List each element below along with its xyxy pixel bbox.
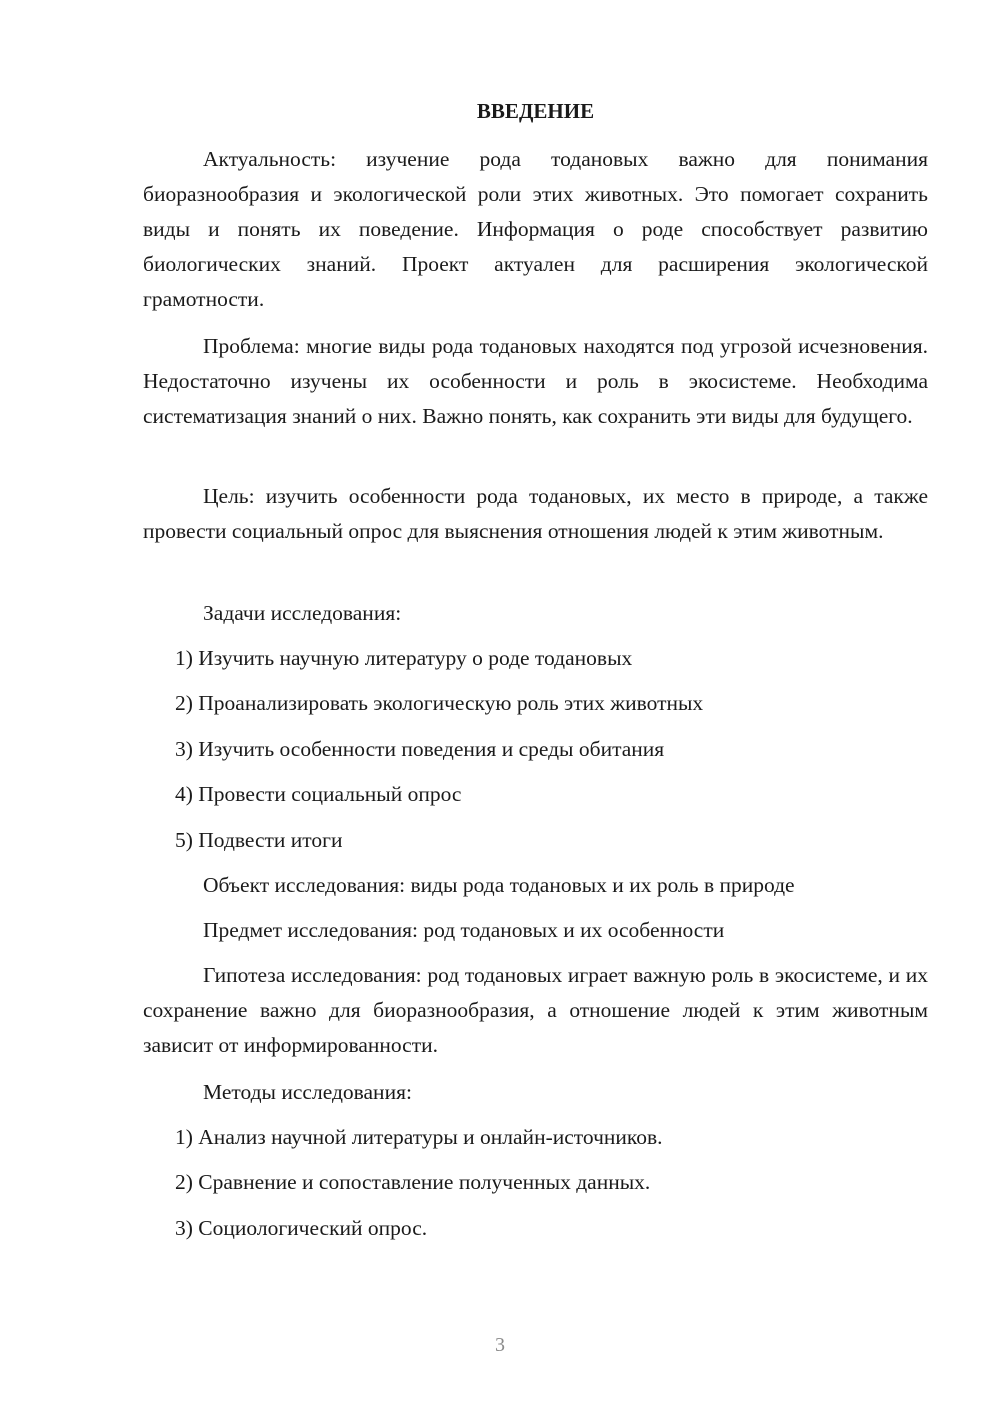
- paragraph-hypothesis: Гипотеза исследования: род тодановых игр…: [143, 958, 928, 1063]
- section-title: ВВЕДЕНИЕ: [143, 96, 928, 126]
- paragraph-goal: Цель: изучить особенности рода тодановых…: [143, 479, 928, 549]
- method-item: 3) Социологический опрос.: [175, 1213, 427, 1243]
- method-item: 1) Анализ научной литературы и онлайн-ис…: [175, 1122, 663, 1152]
- methods-heading: Методы исследования:: [203, 1077, 412, 1107]
- paragraph-problem: Проблема: многие виды рода тодановых нах…: [143, 329, 928, 434]
- task-item: 5) Подвести итоги: [175, 825, 343, 855]
- research-subject: Предмет исследования: род тодановых и их…: [203, 915, 724, 945]
- tasks-heading: Задачи исследования:: [203, 598, 401, 628]
- research-object: Объект исследования: виды рода тодановых…: [203, 870, 795, 900]
- task-item: 2) Проанализировать экологическую роль э…: [175, 688, 703, 718]
- method-item: 2) Сравнение и сопоставление полученных …: [175, 1167, 650, 1197]
- task-item: 3) Изучить особенности поведения и среды…: [175, 734, 664, 764]
- page-number: 3: [0, 1334, 1000, 1357]
- paragraph-relevance: Актуальность: изучение рода тодановых ва…: [143, 142, 928, 317]
- task-item: 4) Провести социальный опрос: [175, 779, 461, 809]
- task-item: 1) Изучить научную литературу о роде тод…: [175, 643, 632, 673]
